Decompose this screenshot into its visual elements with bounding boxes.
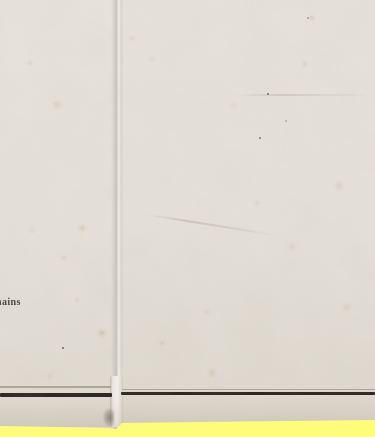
left-neatline-thick [0, 393, 112, 397]
paper-crease-horizontal [235, 94, 375, 96]
page-fold-gutter [111, 0, 124, 437]
scale-label: hains [0, 297, 21, 308]
left-neatline-thin [0, 386, 111, 388]
ink-specks [0, 0, 2, 2]
scanned-map-page: hains [0, 0, 375, 437]
right-neatline-thick [121, 392, 375, 395]
right-page-panel [116, 0, 375, 437]
left-page-panel [0, 0, 116, 437]
right-neatline-thin [122, 389, 375, 390]
